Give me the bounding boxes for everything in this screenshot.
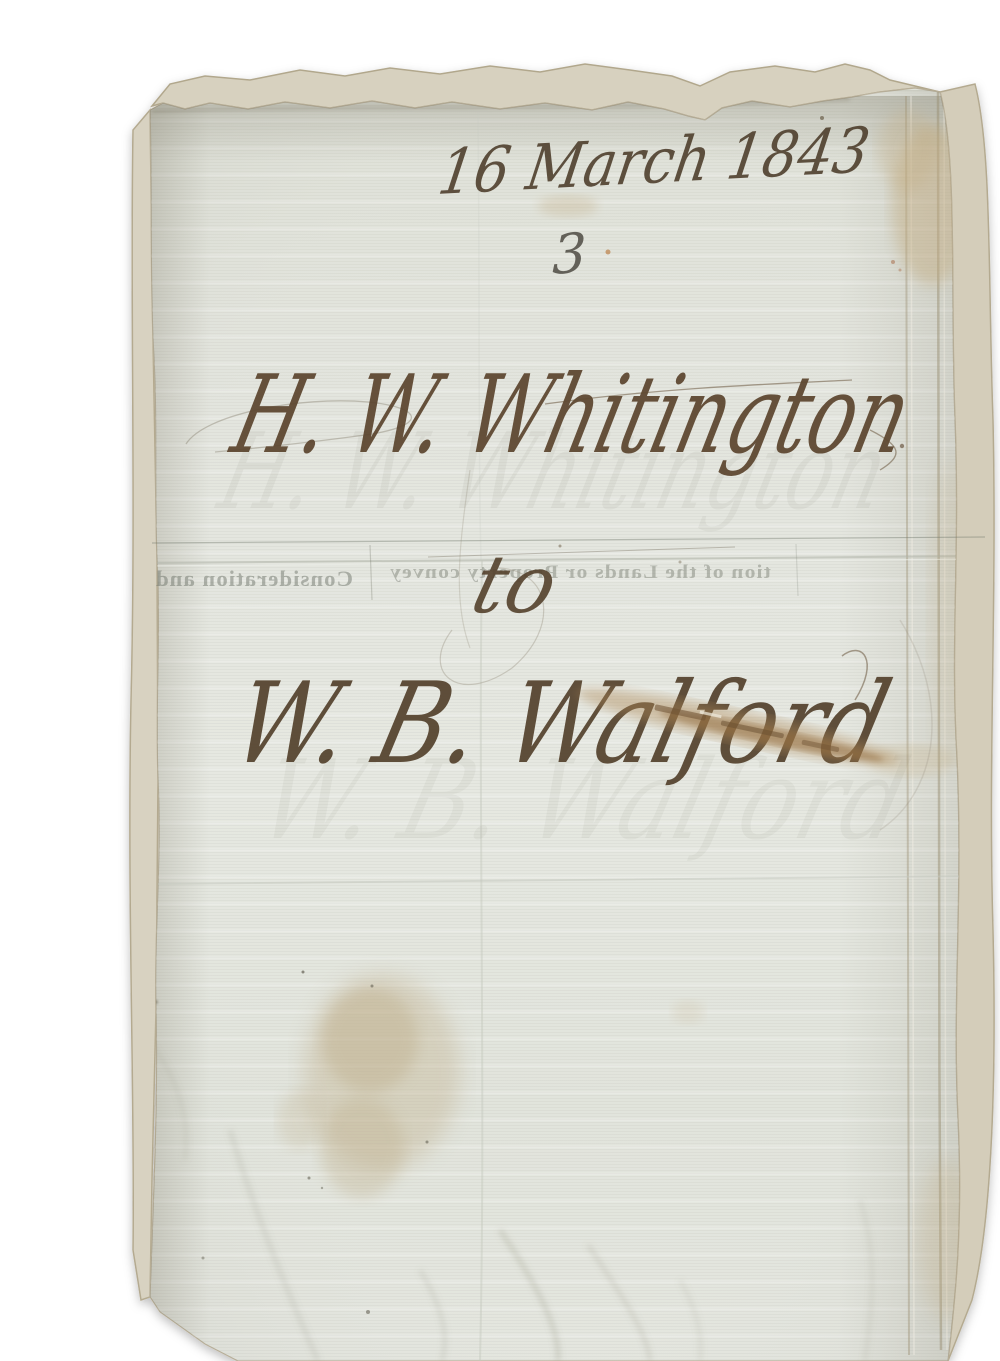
scanned-document: Consideration and tion of the Lands or P… — [0, 0, 1000, 1361]
document-scan-canvas: Consideration and tion of the Lands or P… — [0, 0, 1000, 1361]
left-edge-shading — [148, 100, 210, 1361]
bleedthrough-left-header: Consideration and — [155, 566, 353, 591]
party-from: H. W. Whitington — [220, 352, 923, 478]
bleedthrough-center-header: tion of the Lands or Property convey — [389, 562, 771, 583]
sheet-number: 3 — [552, 221, 587, 287]
party-to: W. B. Walford — [221, 658, 902, 789]
period-dot — [900, 444, 904, 448]
